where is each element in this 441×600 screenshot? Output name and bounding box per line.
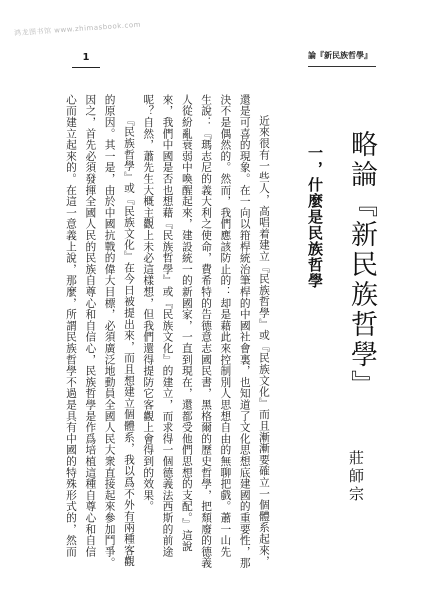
- body-column: 『民族哲學』或『民族文化』在今日被提出來，而且想建立個體系，我以爲不外有兩種客觀: [120, 94, 139, 554]
- body-column: 心而建立起來的。在這一意義上說，那麼，所謂民族哲學不過是具有中國的特殊形式的，然…: [62, 94, 81, 554]
- body-column: 因之，首先必須發揮全國人民的民族自尊心和自信心，民族哲學是作爲培植這種自尊心和自…: [81, 94, 100, 554]
- article-title: 略論『新民族哲學』: [348, 130, 375, 400]
- body-column: 呢？自然，蕭先生大概主觀上未必這樣想，但我們還得提防它客觀上會得到的效果。: [139, 94, 158, 554]
- body-column: 近來很有一些人，高唱着建立『民族哲學』或『民族文化』而且漸漸要確立一個體系起來，: [255, 94, 274, 554]
- body-column: 決不是偶然的。然而，我們應該防止的：却是藉此來控制別人思想自由的無聊把戲。蕭一山…: [216, 94, 235, 554]
- section-heading: 一，什麼是民族哲學: [307, 145, 322, 289]
- running-head: 論『新民族哲學』: [308, 50, 372, 61]
- watermark: 鸿龙图书馆 www.zhimasbook.com: [14, 20, 141, 39]
- author-name: 莊師宗: [348, 450, 363, 504]
- body-column: 人從紛亂衰弱中喚醒起來，建設統一的新國家，一直到現在，還都受他們思想的支配。』這…: [178, 94, 197, 554]
- page-number: 1: [72, 52, 100, 63]
- body-column: 來，我們中國是否也想藉『民族哲學』或『民族文化』的建立，而求得一個德義法西斯的前…: [158, 94, 177, 554]
- body-column: 的原因。其一是，由於中國抗戰的偉大目標，必須廣泛地動員全國人民大衆直接起來參加鬥…: [100, 94, 119, 554]
- running-head-rule: [308, 66, 376, 67]
- body-column: 還是可喜的現象。在一向以箝桿統治筆桿的中國社會裏，也知道了文化思想底建國的重要性…: [235, 94, 254, 554]
- body-column: 生說：『瑪志尼的義大利之使命，費希特的告德意志國民書，黑格爾的歷史哲學，把頹廢的…: [197, 94, 216, 554]
- page-number-rule: [72, 67, 100, 68]
- body-text: 近來很有一些人，高唱着建立『民族哲學』或『民族文化』而且漸漸要確立一個體系起來，…: [62, 94, 274, 554]
